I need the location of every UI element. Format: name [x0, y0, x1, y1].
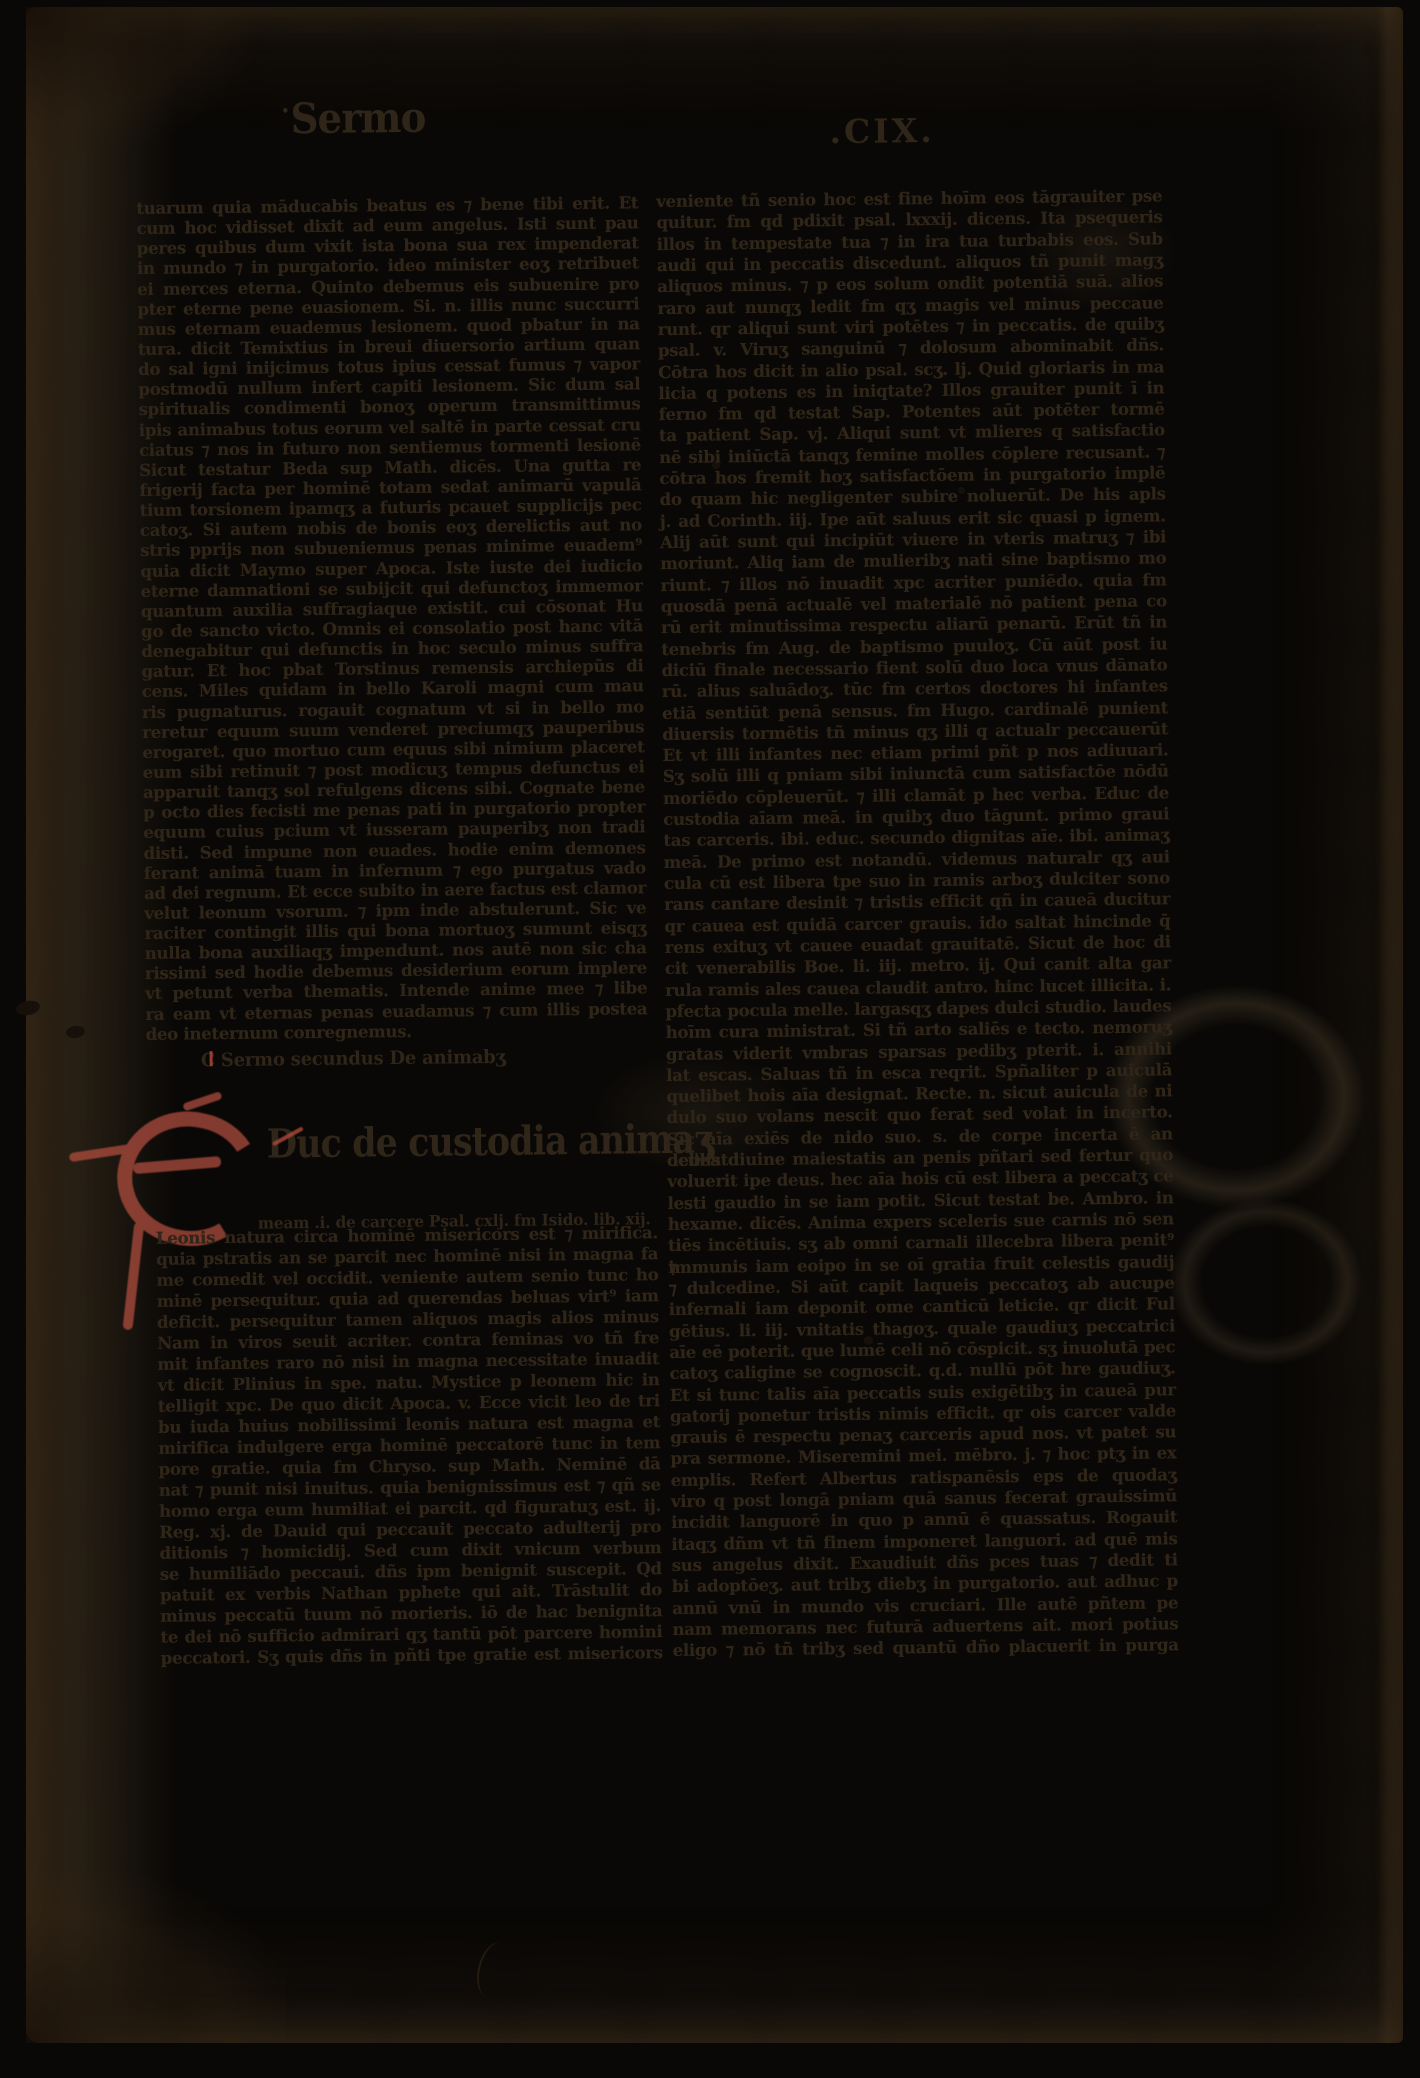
- section-heading-text: Sermo secundus De animabʒ: [221, 1047, 506, 1071]
- right-column: veniente tñ senio hoc est fine hoīm eos …: [656, 185, 1179, 1661]
- incipit-large-text: Duc de custodia animaʒ: [267, 1116, 714, 1168]
- text-line: eligo ⁊ nō tñ tribʒ sed quantū dño placu…: [673, 1635, 1179, 1662]
- pilcrow-icon: C: [201, 1050, 215, 1071]
- page-edge-shadow-right: [1377, 7, 1403, 2043]
- scanned-book-photo: ·Sermo .CIX. tuarum quia māducabis beatu…: [0, 0, 1420, 2078]
- text-line: peccatori. Sʒ quis dñs in pñti tpe grati…: [161, 1642, 663, 1669]
- left-column-lower: Leonis natura circa hominē misericors es…: [156, 1222, 663, 1669]
- running-title: ·Sermo: [281, 93, 426, 144]
- text-block: ·Sermo .CIX. tuarum quia māducabis beatu…: [135, 84, 1198, 1696]
- page-corner-shadow-bottom: [26, 1873, 286, 2043]
- folio-number: .CIX.: [829, 111, 935, 151]
- left-column-upper: tuarum quia māducabis beatus es ⁊ bene t…: [136, 192, 648, 1044]
- running-title-text: Sermo: [290, 93, 425, 144]
- title-prefix-mark: ·: [281, 96, 289, 126]
- section-heading: CSermo secundus De animabʒ: [201, 1047, 506, 1071]
